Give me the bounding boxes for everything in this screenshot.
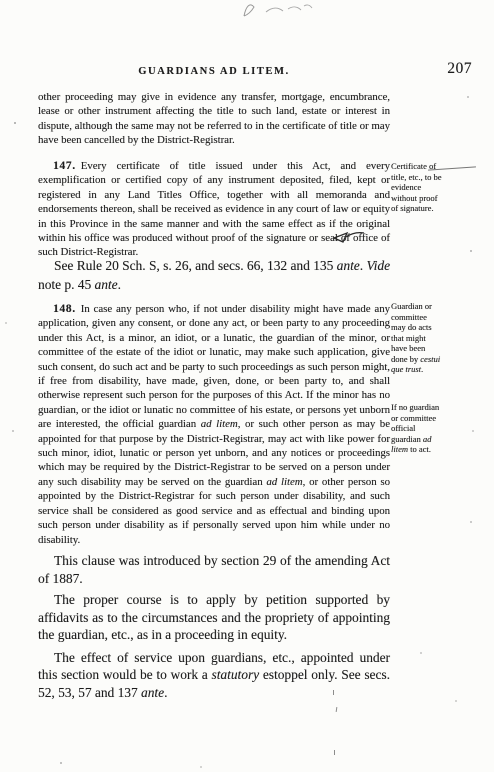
running-title: GUARDIANS AD LITEM.	[38, 66, 390, 77]
text-segment-italic: ante	[95, 277, 118, 292]
text-column-top: other proceeding may give in evidence an…	[38, 90, 390, 148]
text-segment: .	[164, 685, 167, 700]
page-number: 207	[447, 60, 472, 78]
text-segment: .	[421, 364, 423, 374]
text-segment-italic: ante	[141, 685, 164, 700]
scan-speck	[334, 750, 335, 755]
section-147-number: 147.	[53, 159, 76, 172]
scan-speck	[0, 0, 2, 2]
commentary-paragraph-1: This clause was introduced by section 29…	[38, 552, 390, 587]
text-segment-italic: ad litem	[201, 418, 238, 430]
section-148-paragraph: 148.In case any person who, if not under…	[38, 302, 390, 547]
book-page: GUARDIANS AD LITEM. 207 other proceeding…	[0, 0, 494, 772]
handwritten-arrow-mark	[330, 228, 366, 248]
text-segment-italic: statutory	[211, 667, 259, 682]
text-segment: .	[118, 277, 121, 292]
scan-speck	[336, 707, 338, 712]
pencil-scribble	[236, 0, 316, 22]
scan-speck	[333, 690, 334, 695]
text-segment-italic: Vide	[366, 258, 390, 273]
text-segment: In case any person who, if not under dis…	[38, 303, 390, 430]
text-segment: If no guardian or committee official gua…	[391, 402, 439, 444]
commentary-paragraph-2: The proper course is to apply by petitio…	[38, 591, 390, 644]
text-segment-italic: ad litem	[266, 476, 302, 488]
margin-note-148-guardian: Guardian or committee may do acts that m…	[391, 301, 443, 375]
commentary-paragraph-3: The effect of service upon guardians, et…	[38, 649, 390, 702]
text-segment-italic: ante	[337, 258, 360, 273]
text-segment: to act.	[408, 444, 431, 454]
text-column-bottom: See Rule 20 Sch. S, s. 26, and secs. 66,…	[38, 256, 390, 702]
text-segment: note p. 45	[38, 277, 95, 292]
text-segment: See Rule 20 Sch. S, s. 26, and secs. 66,…	[54, 258, 337, 273]
cross-reference-note: See Rule 20 Sch. S, s. 26, and secs. 66,…	[38, 256, 390, 294]
margin-note-148-official: If no guardian or committee official gua…	[391, 402, 443, 455]
intro-paragraph: other proceeding may give in evidence an…	[38, 90, 390, 148]
section-148-number: 148.	[53, 302, 76, 315]
